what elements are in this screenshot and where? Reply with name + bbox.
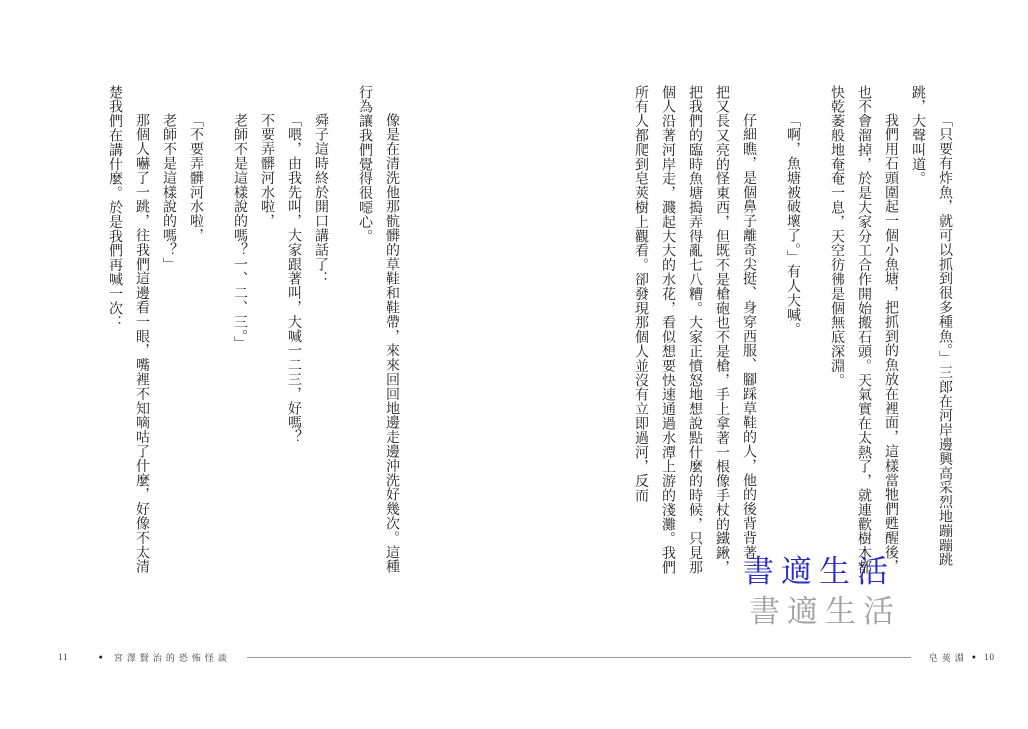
paragraph: 仔細瞧，是個鼻子離奇尖挺、身穿西服、腳踩草鞋的人，他的後背背著一把又長又亮的怪東…	[627, 85, 762, 575]
paragraph: 「只要有炸魚，就可以抓到很多種魚。」三郎在河岸邊興高采烈地蹦蹦跳跳，大聲叫道。	[904, 85, 958, 575]
paragraph: 老師不是這樣說的嗎？」	[155, 85, 182, 575]
paragraph: 舜子這時終於開口講話了：	[307, 85, 334, 575]
left-page-text: 像是在清洗他那骯髒的草鞋和鞋帶，來來回回地邊走邊沖洗好幾次。這種行為讓我們覺得很…	[101, 85, 405, 575]
footer-rule	[247, 657, 911, 658]
paragraph: 那個人嚇了一跳，往我們這邊看一眼，嘴裡不知嘀咕了什麼，好像不太清楚我們在講什麼。…	[101, 85, 155, 575]
right-page-number: 10	[984, 652, 995, 662]
paragraph: 不要弄髒河水啦，	[253, 85, 280, 575]
left-page-number: 11	[58, 652, 69, 662]
paragraph: 像是在清洗他那骯髒的草鞋和鞋帶，來來回回地邊走邊沖洗好幾次。這種行為讓我們覺得很…	[351, 85, 405, 575]
book-spread: 書適生活 書適生活 「只要有炸魚，就可以抓到很多種魚。」三郎在河岸邊興高采烈地蹦…	[0, 0, 1028, 729]
bullet-icon: ●	[972, 654, 976, 661]
paragraph: 「喂，由我先叫，大家跟著叫，大喊一二三，好嗎？	[280, 85, 307, 575]
paragraph: 「不要弄髒河水啦，	[182, 85, 209, 575]
paragraph: 「啊，魚塘被破壞了。」有人大喊。	[779, 85, 806, 575]
footer: 11 ● 宮澤賢治的恐怖怪談 皂莢淵 ● 10	[0, 648, 1028, 666]
left-running-title: 宮澤賢治的恐怖怪談	[114, 651, 231, 664]
bullet-icon: ●	[99, 654, 103, 661]
paragraph: 老師不是這樣說的嗎？一、二、三。」	[226, 85, 253, 575]
right-running-title: 皂莢淵	[929, 651, 968, 664]
right-page-text: 「只要有炸魚，就可以抓到很多種魚。」三郎在河岸邊興高采烈地蹦蹦跳跳，大聲叫道。 …	[627, 85, 958, 575]
paragraph: 我們用石頭圍起一個小魚塘，把抓到的魚放在裡面，這樣當牠們甦醒後，也不會溜掉，於是…	[823, 85, 904, 575]
watermark-gray: 書適生活	[749, 586, 901, 631]
